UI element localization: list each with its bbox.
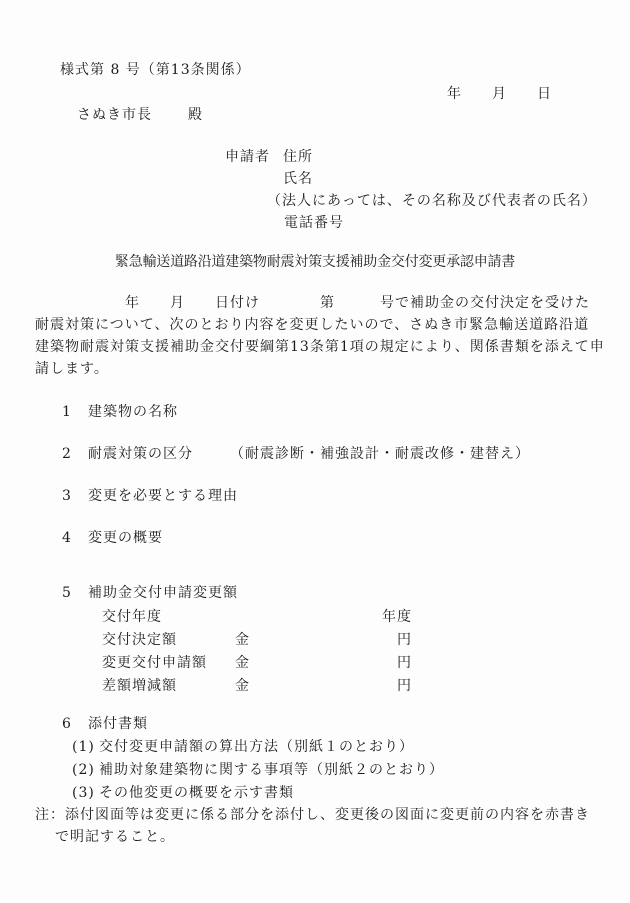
item-label: 建築物の名称 — [88, 405, 178, 419]
item-label: 変更の概要 — [88, 531, 163, 545]
applicant-label: 申請者 — [225, 150, 270, 164]
amount-prefix: 金 — [235, 656, 250, 670]
item-label: 添付書類 — [88, 717, 148, 731]
item-number: 6 — [62, 717, 72, 731]
footnote-line: で明記すること。 — [55, 830, 175, 844]
item-label: 変更を必要とする理由 — [88, 489, 238, 503]
item-number: 2 — [62, 447, 72, 461]
attachment-text: 交付変更申請額の算出方法（別紙１のとおり） — [99, 740, 414, 754]
amount-row-suffix: 年度 — [360, 610, 412, 624]
body-line: 年 月 日付け 第 号で補助金の交付決定を受けた — [35, 296, 590, 310]
body-line: 請します。 — [35, 362, 109, 376]
attachment-number: (3) — [72, 786, 95, 800]
item-number: 3 — [62, 489, 72, 503]
footnote-line: 注：添付図面等は変更に係る部分を添付し、変更後の図面に変更前の内容を赤書き — [35, 808, 590, 822]
amount-row-suffix: 円 — [360, 679, 412, 693]
date-line: 年 月 日 — [447, 87, 552, 101]
amount-prefix: 金 — [235, 679, 250, 693]
amount-row-label: 変更交付申請額 — [102, 656, 207, 670]
body-line: 建築物耐震対策支援補助金交付要綱第13条第1項の規定により、関係書類を添えて申 — [35, 340, 605, 354]
attachment-text: 補助対象建築物に関する事項等（別紙２のとおり） — [99, 763, 444, 777]
item-label: 耐震対策の区分 — [88, 447, 193, 461]
form-number: 様式第 8 号（第13条関係） — [60, 63, 251, 77]
addressee-honorific: 殿 — [188, 108, 203, 122]
amount-row-suffix: 円 — [360, 656, 412, 670]
document-page: 様式第 8 号（第13条関係） 年 月 日 さぬき市長 殿 申請者 住所 氏名 … — [0, 0, 630, 903]
addressee-name: さぬき市長 — [77, 108, 152, 122]
amount-row-label: 差額増減額 — [102, 679, 177, 693]
item-number: 1 — [62, 405, 72, 419]
applicant-address-label: 住所 — [283, 150, 313, 164]
attachment-number: (2) — [72, 763, 95, 777]
document-title: 緊急輸送道路沿道建築物耐震対策支援補助金交付変更承認申請書 — [0, 255, 630, 269]
amount-prefix: 金 — [235, 633, 250, 647]
item-number: 5 — [62, 586, 72, 600]
attachment-text: その他変更の概要を示す書類 — [99, 786, 294, 800]
item-label: 補助金交付申請変更額 — [88, 586, 238, 600]
applicant-phone-label: 電話番号 — [284, 216, 344, 230]
attachment-number: (1) — [72, 740, 95, 754]
applicant-name-label: 氏名 — [283, 172, 313, 186]
amount-row-suffix: 円 — [360, 633, 412, 647]
applicant-corporate-note: （法人にあっては、その名称及び代表者の氏名） — [267, 194, 597, 208]
item-number: 4 — [62, 531, 72, 545]
item-note: （耐震診断・補強設計・耐震改修・建替え） — [230, 447, 530, 461]
amount-row-label: 交付年度 — [102, 610, 162, 624]
amount-row-label: 交付決定額 — [102, 633, 177, 647]
body-line: 耐震対策について、次のとおり内容を変更したいので、さぬき市緊急輸送道路沿道 — [35, 318, 589, 332]
